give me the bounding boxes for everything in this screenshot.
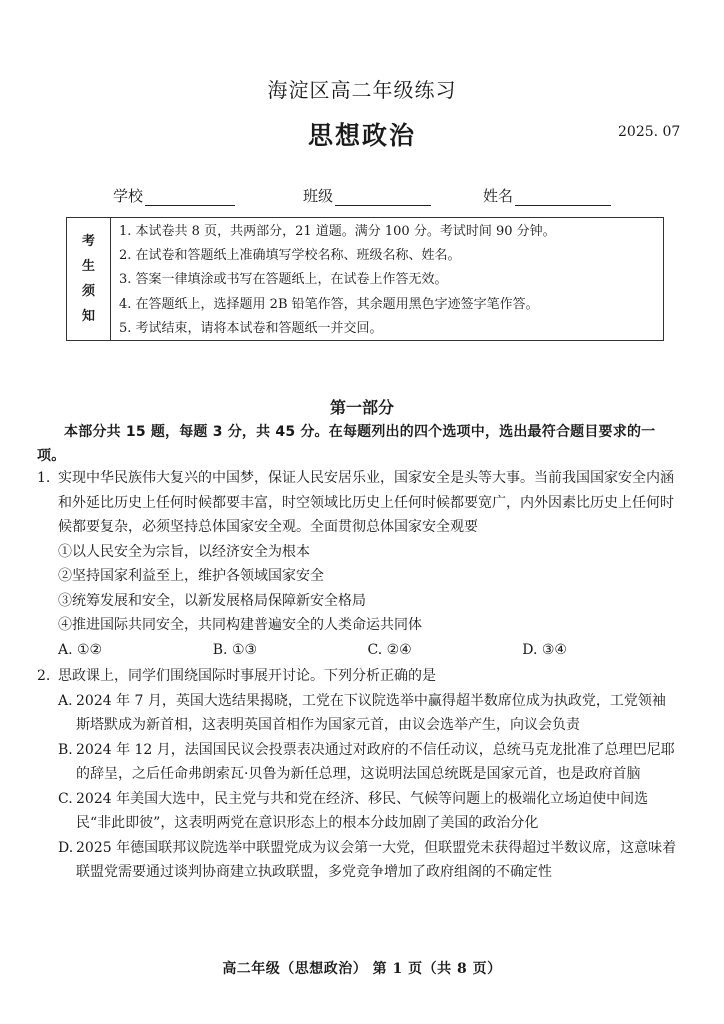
notice-label: 考 生 须 知 xyxy=(67,218,111,340)
notice-label-char: 考 xyxy=(82,229,95,254)
option-b: B. 2024 年 12 月，法国国民议会投票表决通过对政府的不信任动议，总统马… xyxy=(37,738,677,787)
option-letter: A. xyxy=(58,689,73,714)
option-letter: D. xyxy=(58,836,73,861)
question-stem: 实现中华民族伟大复兴的中国梦，保证人民安居乐业，国家安全是头等大事。当前我国国家… xyxy=(37,466,677,540)
statement: ②坚持国家利益至上，维护各领域国家安全 xyxy=(37,564,677,589)
page-footer: 高二年级（思想政治） 第 1 页（共 8 页） xyxy=(0,958,724,978)
school-title: 海淀区高二年级练习 xyxy=(0,74,724,103)
option-text: 2024 年 7 月，英国大选结果揭晓，工党在下议院选举中赢得超半数席位成为执政… xyxy=(76,693,666,734)
school-field[interactable]: 学校 xyxy=(113,185,235,206)
class-field-label: 班级 xyxy=(303,187,333,205)
option-text: 2025 年德国联邦议院选举中联盟党成为议会第一大党，但联盟党未获得超过半数议席… xyxy=(76,840,676,881)
notice-items: 1. 本试卷共 8 页，共两部分，21 道题。满分 100 分。考试时间 90 … xyxy=(111,218,663,340)
school-field-line[interactable] xyxy=(145,190,235,206)
name-field-line[interactable] xyxy=(515,190,611,206)
question-2: 2. 思政课上，同学们围绕国际时事展开讨论。下列分析正确的是 A. 2024 年… xyxy=(37,664,677,885)
section-instruction: 本部分共 15 题，每题 3 分，共 45 分。在每题列出的四个选项中，选出最符… xyxy=(37,420,669,468)
question-1: 1. 实现中华民族伟大复兴的中国梦，保证人民安居乐业，国家安全是头等大事。当前我… xyxy=(37,466,677,663)
choice-c: C. ②④ xyxy=(368,638,523,663)
option-c: C. 2024 年美国大选中，民主党与共和党在经济、移民、气候等问题上的极端化立… xyxy=(37,787,677,836)
notice-item: 5. 考试结束，请将本试卷和答题纸一并交回。 xyxy=(119,317,663,341)
choice-b: B. ①③ xyxy=(213,638,368,663)
notice-item: 3. 答案一律填涂或书写在答题纸上，在试卷上作答无效。 xyxy=(119,268,663,292)
subject-title: 思想政治 xyxy=(0,116,724,152)
name-field-label: 姓名 xyxy=(483,187,513,205)
question-number: 2. xyxy=(37,664,50,689)
notice-item: 1. 本试卷共 8 页，共两部分，21 道题。满分 100 分。考试时间 90 … xyxy=(119,220,663,244)
statement: ③统筹发展和安全，以新发展格局保障新安全格局 xyxy=(37,589,677,614)
statement: ①以人民安全为宗旨，以经济安全为根本 xyxy=(37,540,677,565)
notice-label-char: 须 xyxy=(82,279,95,304)
option-a: A. 2024 年 7 月，英国大选结果揭晓，工党在下议院选举中赢得超半数席位成… xyxy=(37,689,677,738)
option-text: 2024 年 12 月，法国国民议会投票表决通过对政府的不信任动议，总统马克龙批… xyxy=(76,742,675,783)
notice-label-char: 知 xyxy=(82,304,95,329)
class-field[interactable]: 班级 xyxy=(303,185,431,206)
notice-label-char: 生 xyxy=(82,254,95,279)
school-field-label: 学校 xyxy=(113,187,143,205)
option-letter: B. xyxy=(58,738,73,763)
exam-date: 2025. 07 xyxy=(618,124,680,140)
statement: ④推进国际共同安全，共同构建普遍安全的人类命运共同体 xyxy=(37,613,677,638)
choice-d: D. ③④ xyxy=(522,638,677,663)
answer-choices: A. ①② B. ①③ C. ②④ D. ③④ xyxy=(37,638,677,663)
question-stem: 思政课上，同学们围绕国际时事展开讨论。下列分析正确的是 xyxy=(37,664,677,689)
option-d: D. 2025 年德国联邦议院选举中联盟党成为议会第一大党，但联盟党未获得超过半… xyxy=(37,836,677,885)
notice-item: 4. 在答题纸上，选择题用 2B 铅笔作答，其余题用黑色字迹签字笔作答。 xyxy=(119,293,663,317)
section-title: 第一部分 xyxy=(0,395,724,418)
class-field-line[interactable] xyxy=(335,190,431,206)
choice-a: A. ①② xyxy=(58,638,213,663)
question-number: 1. xyxy=(37,466,50,491)
notice-item: 2. 在试卷和答题纸上准确填写学校名称、班级名称、姓名。 xyxy=(119,244,663,268)
option-letter: C. xyxy=(58,787,73,812)
exam-notice-box: 考 生 须 知 1. 本试卷共 8 页，共两部分，21 道题。满分 100 分。… xyxy=(66,217,664,341)
name-field[interactable]: 姓名 xyxy=(483,185,611,206)
option-text: 2024 年美国大选中，民主党与共和党在经济、移民、气候等问题上的极端化立场迫使… xyxy=(76,791,648,832)
